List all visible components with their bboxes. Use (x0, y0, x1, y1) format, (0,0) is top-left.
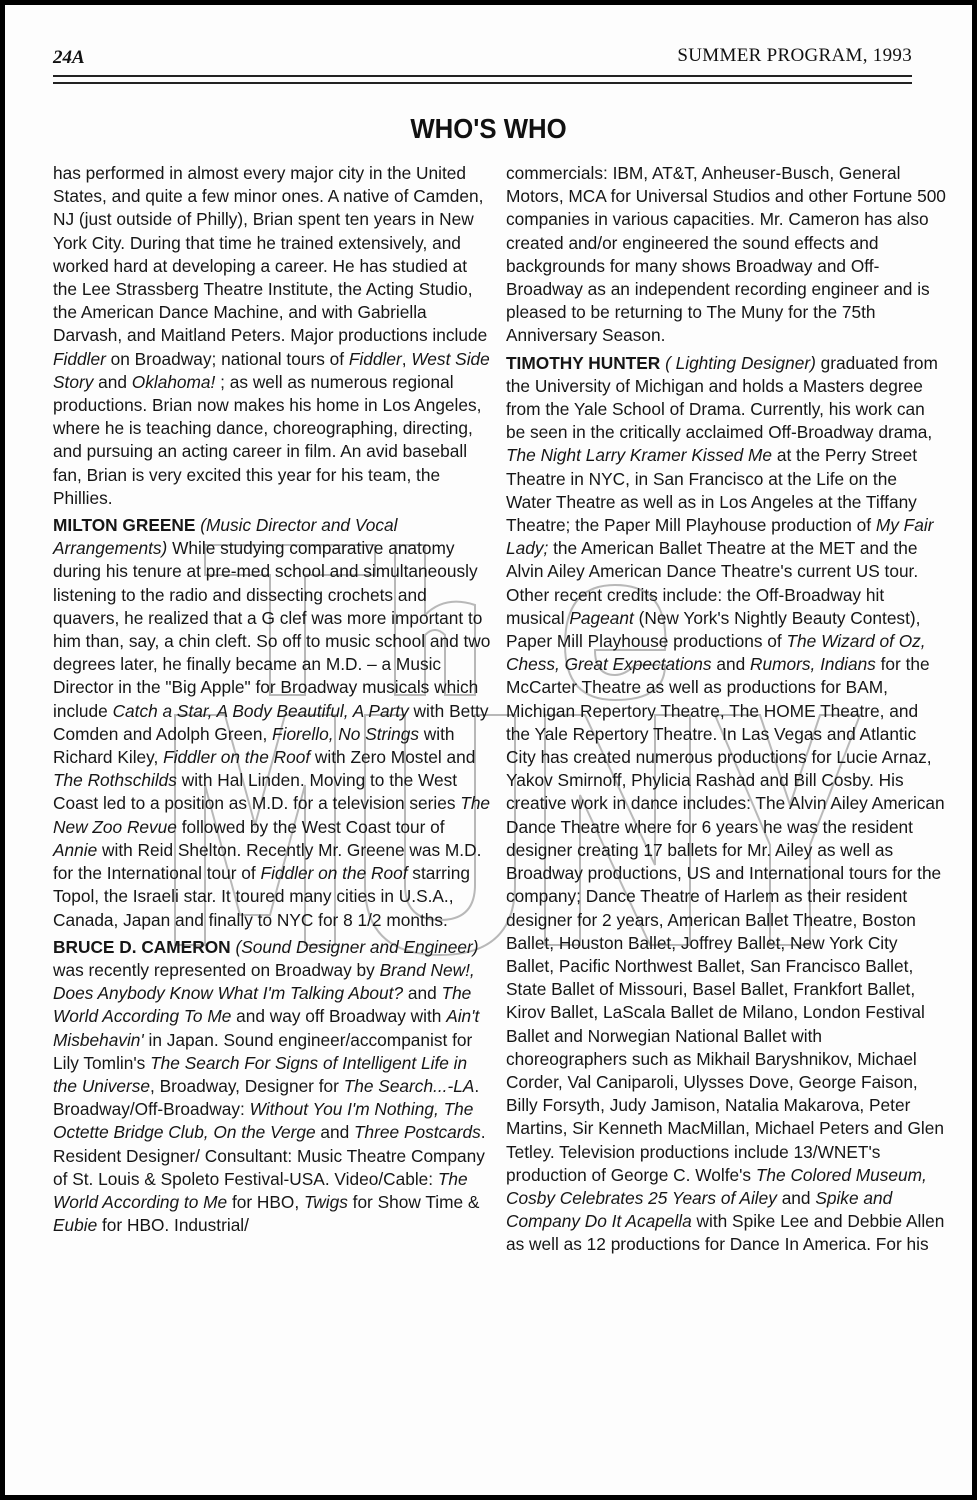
running-header: 24A SUMMER PROGRAM, 1993 (53, 43, 912, 73)
program-page: 24A SUMMER PROGRAM, 1993 WHO'S WHO has p… (5, 5, 972, 1495)
italic-title: Eubie (53, 1215, 97, 1235)
bio-role: (Sound Designer and Engineer) (235, 937, 478, 957)
italic-title: The New Zoo Revue (53, 793, 490, 836)
italic-title: Oklahoma! (132, 372, 216, 392)
bio-brian-continued: has performed in almost every major city… (53, 162, 493, 510)
italic-title: Fiddler on the Roof (163, 747, 310, 767)
italic-title: Pageant (569, 608, 633, 628)
italic-title: Brand New!, Does Anybody Know What I'm T… (53, 960, 475, 1003)
italic-title: West Side Story (53, 349, 490, 392)
italic-title: Twigs (304, 1192, 348, 1212)
bio-name: TIMOTHY HUNTER (506, 353, 660, 373)
section-title: WHO'S WHO (44, 113, 934, 145)
bio-bruce-cameron: BRUCE D. CAMERON (Sound Designer and Eng… (53, 936, 493, 1238)
bio-timothy-hunter: TIMOTHY HUNTER ( Lighting Designer) grad… (506, 352, 946, 1257)
bio-text: graduated from the University of Michiga… (506, 353, 945, 1255)
italic-title: My Fair Lady; (506, 515, 933, 558)
italic-title: Three Postcards (354, 1122, 481, 1142)
italic-title: The Search...-LA (344, 1076, 475, 1096)
program-title: SUMMER PROGRAM, 1993 (677, 45, 912, 67)
italic-title: Catch a Star, A Body Beautiful, A Party (113, 701, 409, 721)
header-rule-bottom (53, 82, 912, 84)
italic-title: Annie (53, 840, 97, 860)
bio-name: MILTON GREENE (53, 515, 195, 535)
bio-role: ( Lighting Designer) (665, 353, 816, 373)
italic-title: The Night Larry Kramer Kissed Me (506, 445, 772, 465)
bio-milton-greene: MILTON GREENE (Music Director and Vocal … (53, 514, 493, 932)
page-number: 24A (53, 47, 85, 69)
italic-title: Fiorello, No Strings (272, 724, 419, 744)
header-rule-top (53, 75, 912, 77)
italic-title: Fiddler on the Roof (261, 863, 408, 883)
italic-title: Rumors, Indians (750, 654, 876, 674)
bio-text: While studying comparative anatomy durin… (53, 538, 490, 929)
right-column: commercials: IBM, AT&T, Anheuser-Busch, … (506, 162, 946, 1257)
italic-title: The Rothschilds (53, 770, 177, 790)
italic-title: The World According to Me (53, 1169, 468, 1212)
bio-text: was recently represented on Broadway by … (53, 960, 486, 1235)
left-column: has performed in almost every major city… (53, 162, 493, 1237)
bio-name: BRUCE D. CAMERON (53, 937, 231, 957)
italic-title: Fiddler (349, 349, 402, 369)
bio-bruce-continued: commercials: IBM, AT&T, Anheuser-Busch, … (506, 162, 946, 348)
italic-title: Fiddler (53, 349, 106, 369)
